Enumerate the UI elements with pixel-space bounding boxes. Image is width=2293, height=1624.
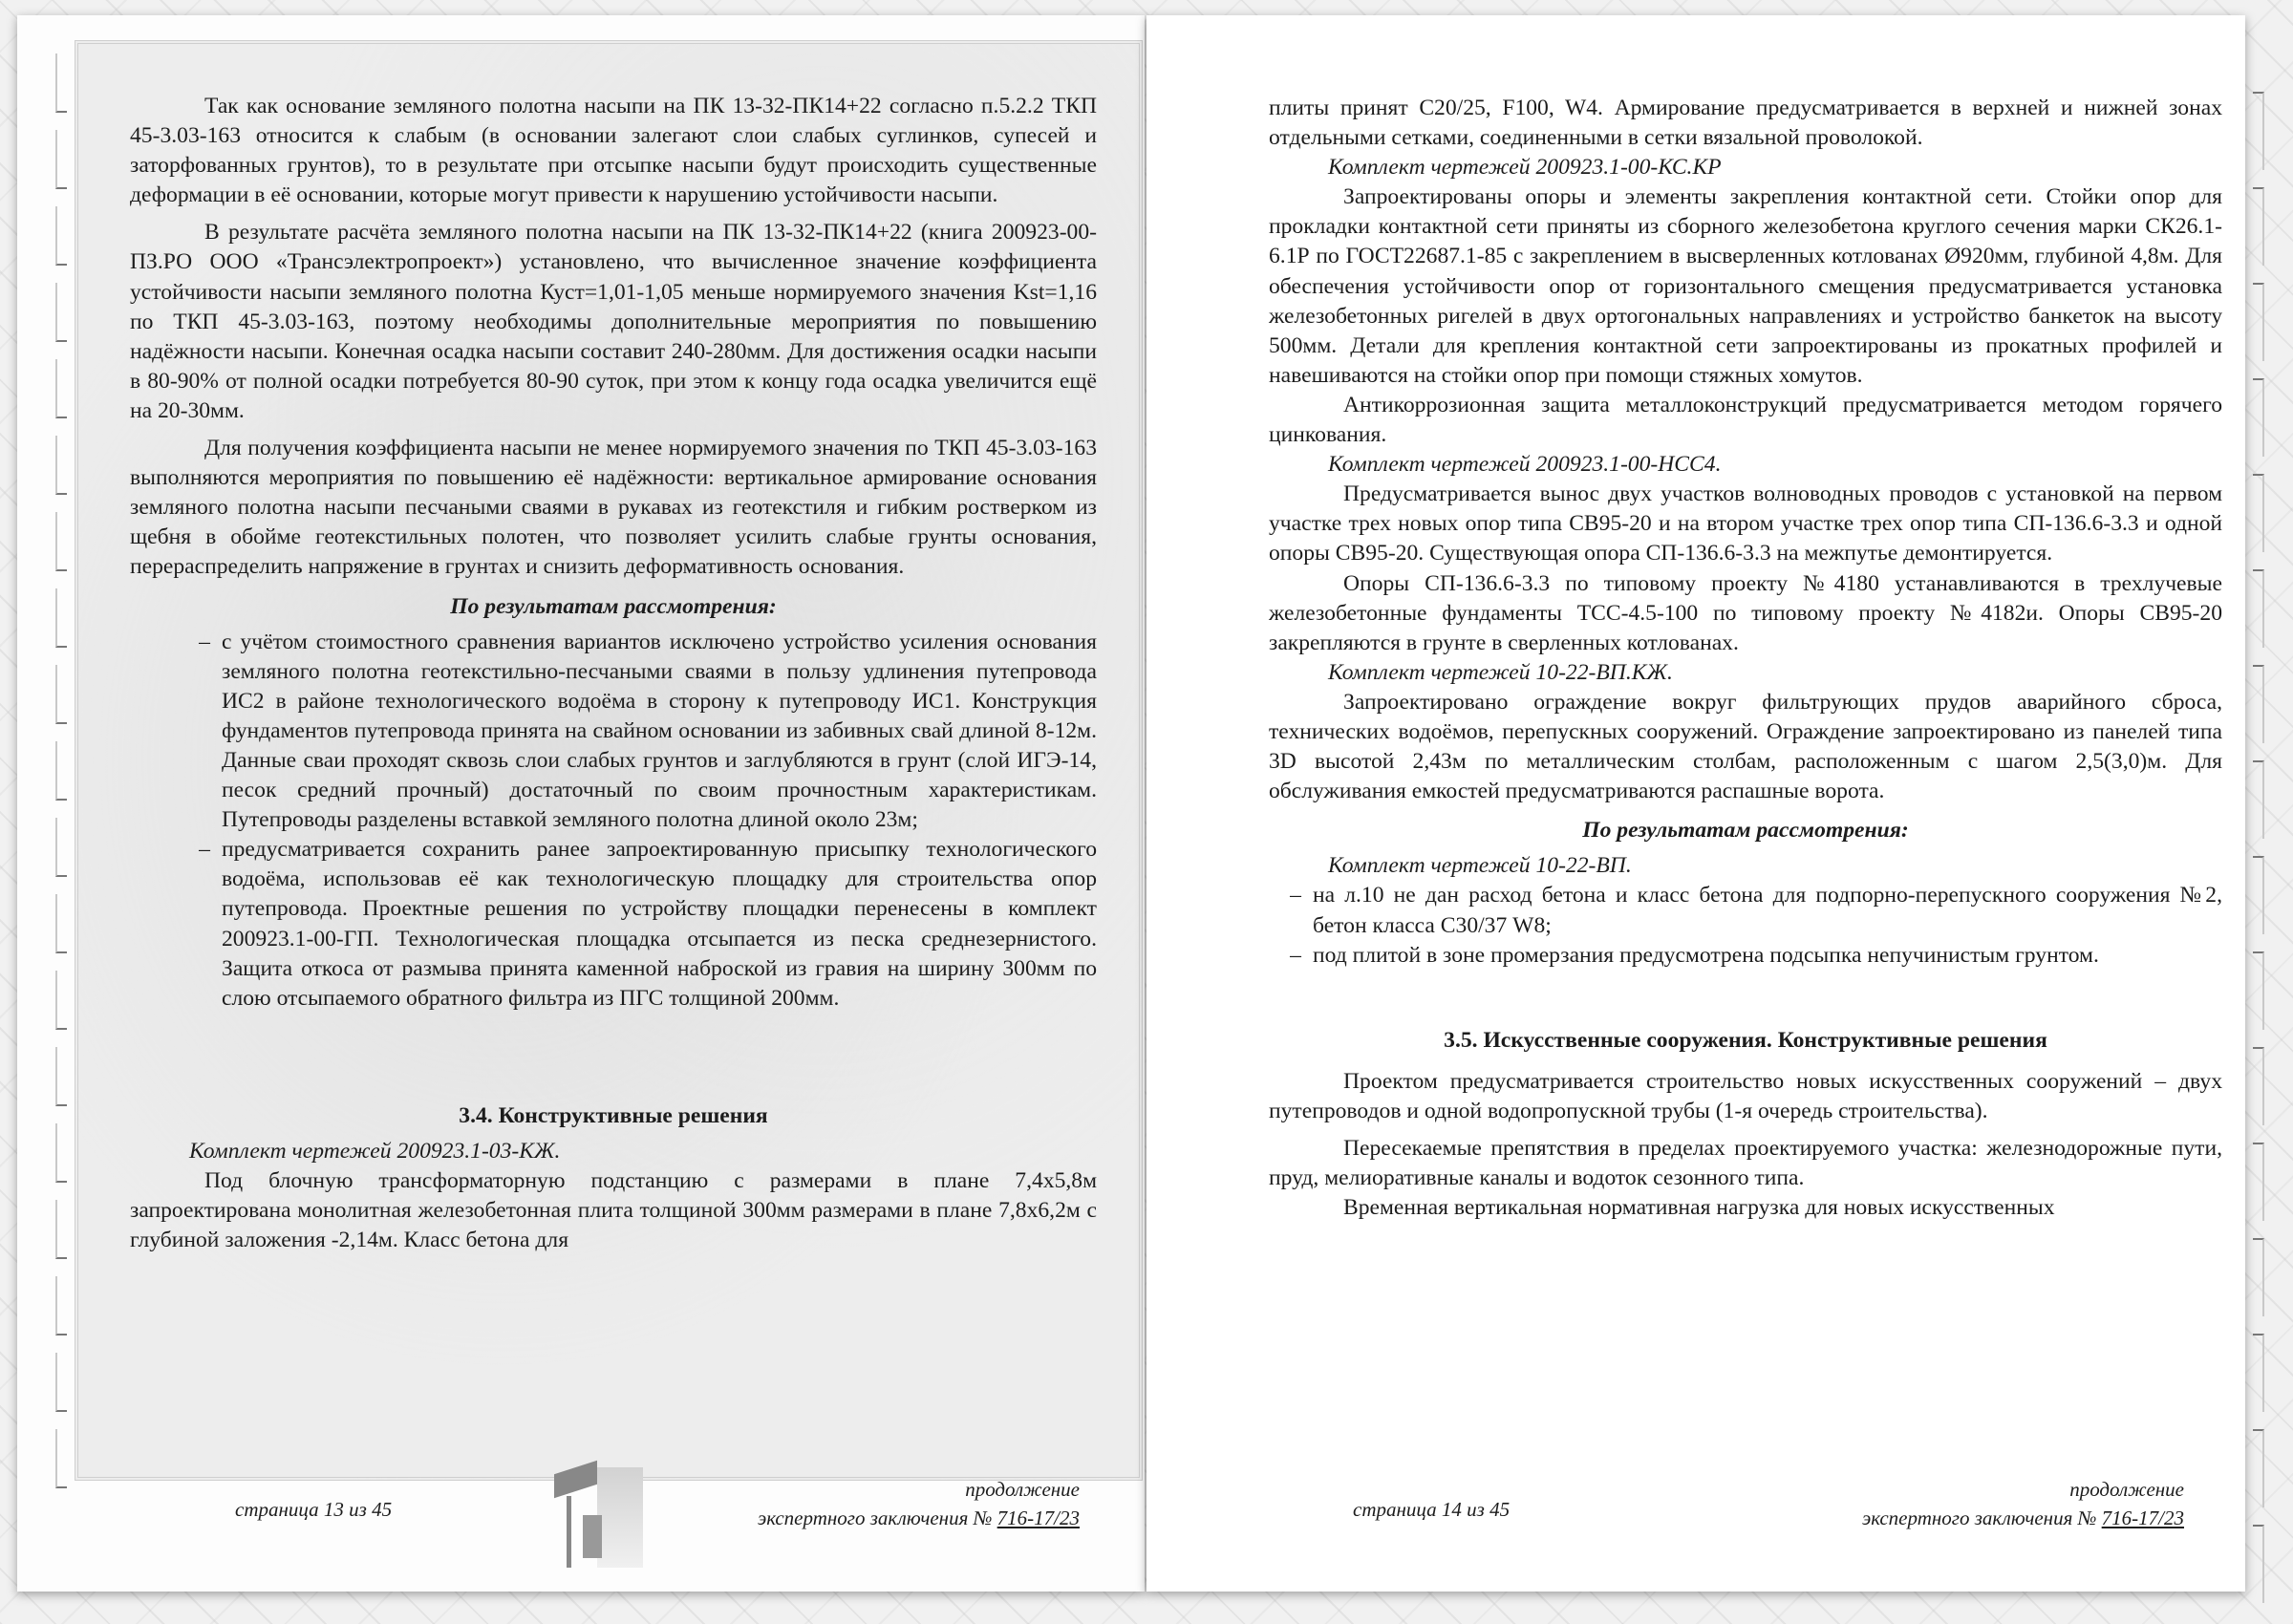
dash-marker: – bbox=[187, 628, 222, 836]
binding-mark bbox=[55, 1047, 67, 1106]
binding-mark bbox=[2253, 1525, 2264, 1603]
paragraph: Временная вертикальная нормативная нагру… bbox=[1269, 1193, 2222, 1223]
footer-continuation: продолжение bbox=[758, 1475, 1080, 1504]
conclusion-number: 716-17/23 bbox=[997, 1506, 1080, 1529]
binding-mark bbox=[55, 359, 67, 418]
binding-mark bbox=[2253, 665, 2264, 743]
binding-mark bbox=[2253, 856, 2264, 934]
paragraph: Запроектировано ограждение вокруг фильтр… bbox=[1269, 688, 2222, 806]
binding-mark bbox=[2253, 1238, 2264, 1316]
list-item-text: на л.10 не дан расход бетона и класс бет… bbox=[1313, 881, 2222, 940]
binding-mark bbox=[55, 818, 67, 877]
company-logo-icon bbox=[521, 1453, 645, 1568]
conclusion-number: 716-17/23 bbox=[2102, 1506, 2184, 1529]
page-13-body: Так как основание земляного полотна насы… bbox=[130, 92, 1097, 1255]
page-number: страница 14 из 45 bbox=[1353, 1498, 1510, 1522]
binding-mark bbox=[2253, 1334, 2264, 1412]
list-item: – с учётом стоимостного сравнения вариан… bbox=[187, 628, 1097, 836]
drawing-set-label: Комплект чертежей 200923.1-03-КЖ. bbox=[130, 1137, 1097, 1166]
binding-mark bbox=[55, 1200, 67, 1259]
footer-continuation: продолжение bbox=[1862, 1475, 2184, 1504]
binding-mark bbox=[55, 130, 67, 189]
paragraph: Предусматривается вынос двух участков во… bbox=[1269, 480, 2222, 568]
binding-mark bbox=[2253, 569, 2264, 648]
binding-mark bbox=[55, 206, 67, 266]
binding-mark bbox=[55, 894, 67, 953]
footer-conclusion-prefix: экспертного заключения № bbox=[758, 1506, 997, 1529]
page-13: Так как основание земляного полотна насы… bbox=[17, 15, 1145, 1592]
paragraph: Пересекаемые препятствия в пределах прое… bbox=[1269, 1134, 2222, 1193]
list-item: – на л.10 не дан расход бетона и класс б… bbox=[1278, 881, 2222, 940]
footer-conclusion: продолжение экспертного заключения № 716… bbox=[758, 1475, 1080, 1532]
binding-mark bbox=[55, 1353, 67, 1412]
dash-marker: – bbox=[187, 835, 222, 1014]
binding-mark bbox=[55, 436, 67, 495]
results-heading: По результатам рассмотрения: bbox=[130, 592, 1097, 622]
binding-mark bbox=[2253, 92, 2264, 170]
section-title-3-4: 3.4. Конструктивные решения bbox=[130, 1101, 1097, 1131]
paragraph: В результате расчёта земляного полотна н… bbox=[130, 218, 1097, 426]
paragraph: Антикоррозионная защита металлоконструкц… bbox=[1269, 391, 2222, 450]
binding-mark bbox=[55, 665, 67, 724]
binding-mark bbox=[55, 1429, 67, 1488]
binding-mark bbox=[2253, 760, 2264, 839]
binding-mark bbox=[2253, 1429, 2264, 1507]
binding-mark bbox=[55, 1123, 67, 1183]
dash-marker: – bbox=[1278, 941, 1313, 971]
drawing-set-label: Комплект чертежей 10-22-ВП.КЖ. bbox=[1269, 658, 2222, 688]
paragraph: Проектом предусматривается строительство… bbox=[1269, 1067, 2222, 1126]
drawing-set-label: Комплект чертежей 200923.1-00-НСС4. bbox=[1269, 450, 2222, 480]
binding-mark bbox=[2253, 187, 2264, 266]
binding-mark bbox=[55, 283, 67, 342]
list-item-text: предусматривается сохранить ранее запрое… bbox=[222, 835, 1097, 1014]
page-14-body: плиты принят С20/25, F100, W4. Армирован… bbox=[1269, 94, 2222, 1223]
binding-mark bbox=[2253, 283, 2264, 361]
binding-mark bbox=[2253, 951, 2264, 1030]
binding-mark bbox=[2253, 1143, 2264, 1221]
paragraph: Для получения коэффициента насыпи не мен… bbox=[130, 434, 1097, 582]
list-item-text: с учётом стоимостного сравнения варианто… bbox=[222, 628, 1097, 836]
paragraph: плиты принят С20/25, F100, W4. Армирован… bbox=[1269, 94, 2222, 153]
page-number: страница 13 из 45 bbox=[235, 1498, 392, 1522]
drawing-set-label: Комплект чертежей 200923.1-00-КС.КР bbox=[1269, 153, 2222, 182]
paragraph: Под блочную трансформаторную подстанцию … bbox=[130, 1166, 1097, 1255]
binding-mark bbox=[55, 588, 67, 648]
list-item: – под плитой в зоне промерзания предусмо… bbox=[1278, 941, 2222, 971]
binding-mark bbox=[55, 512, 67, 571]
binding-mark bbox=[55, 1276, 67, 1336]
binding-mark bbox=[2253, 474, 2264, 552]
page-14: плиты принят С20/25, F100, W4. Армирован… bbox=[1146, 15, 2245, 1592]
binding-mark bbox=[2253, 378, 2264, 457]
binding-mark bbox=[55, 741, 67, 801]
paragraph: Запроектированы опоры и элементы закрепл… bbox=[1269, 182, 2222, 391]
footer-conclusion-prefix: экспертного заключения № bbox=[1862, 1506, 2102, 1529]
list-item: – предусматривается сохранить ранее запр… bbox=[187, 835, 1097, 1014]
binding-mark bbox=[2253, 1047, 2264, 1125]
footer-conclusion: продолжение экспертного заключения № 716… bbox=[1862, 1475, 2184, 1532]
section-title-3-5: 3.5. Искусственные сооружения. Конструкт… bbox=[1269, 1026, 2222, 1056]
list-item-text: под плитой в зоне промерзания предусмотр… bbox=[1313, 941, 2222, 971]
binding-mark bbox=[55, 53, 67, 113]
paragraph: Так как основание земляного полотна насы… bbox=[130, 92, 1097, 210]
dash-marker: – bbox=[1278, 881, 1313, 940]
paragraph: Опоры СП-136.6-3.3 по типовому проекту №… bbox=[1269, 569, 2222, 658]
drawing-set-label: Комплект чертежей 10-22-ВП. bbox=[1269, 851, 2222, 881]
binding-mark bbox=[55, 971, 67, 1030]
results-heading: По результатам рассмотрения: bbox=[1269, 816, 2222, 845]
